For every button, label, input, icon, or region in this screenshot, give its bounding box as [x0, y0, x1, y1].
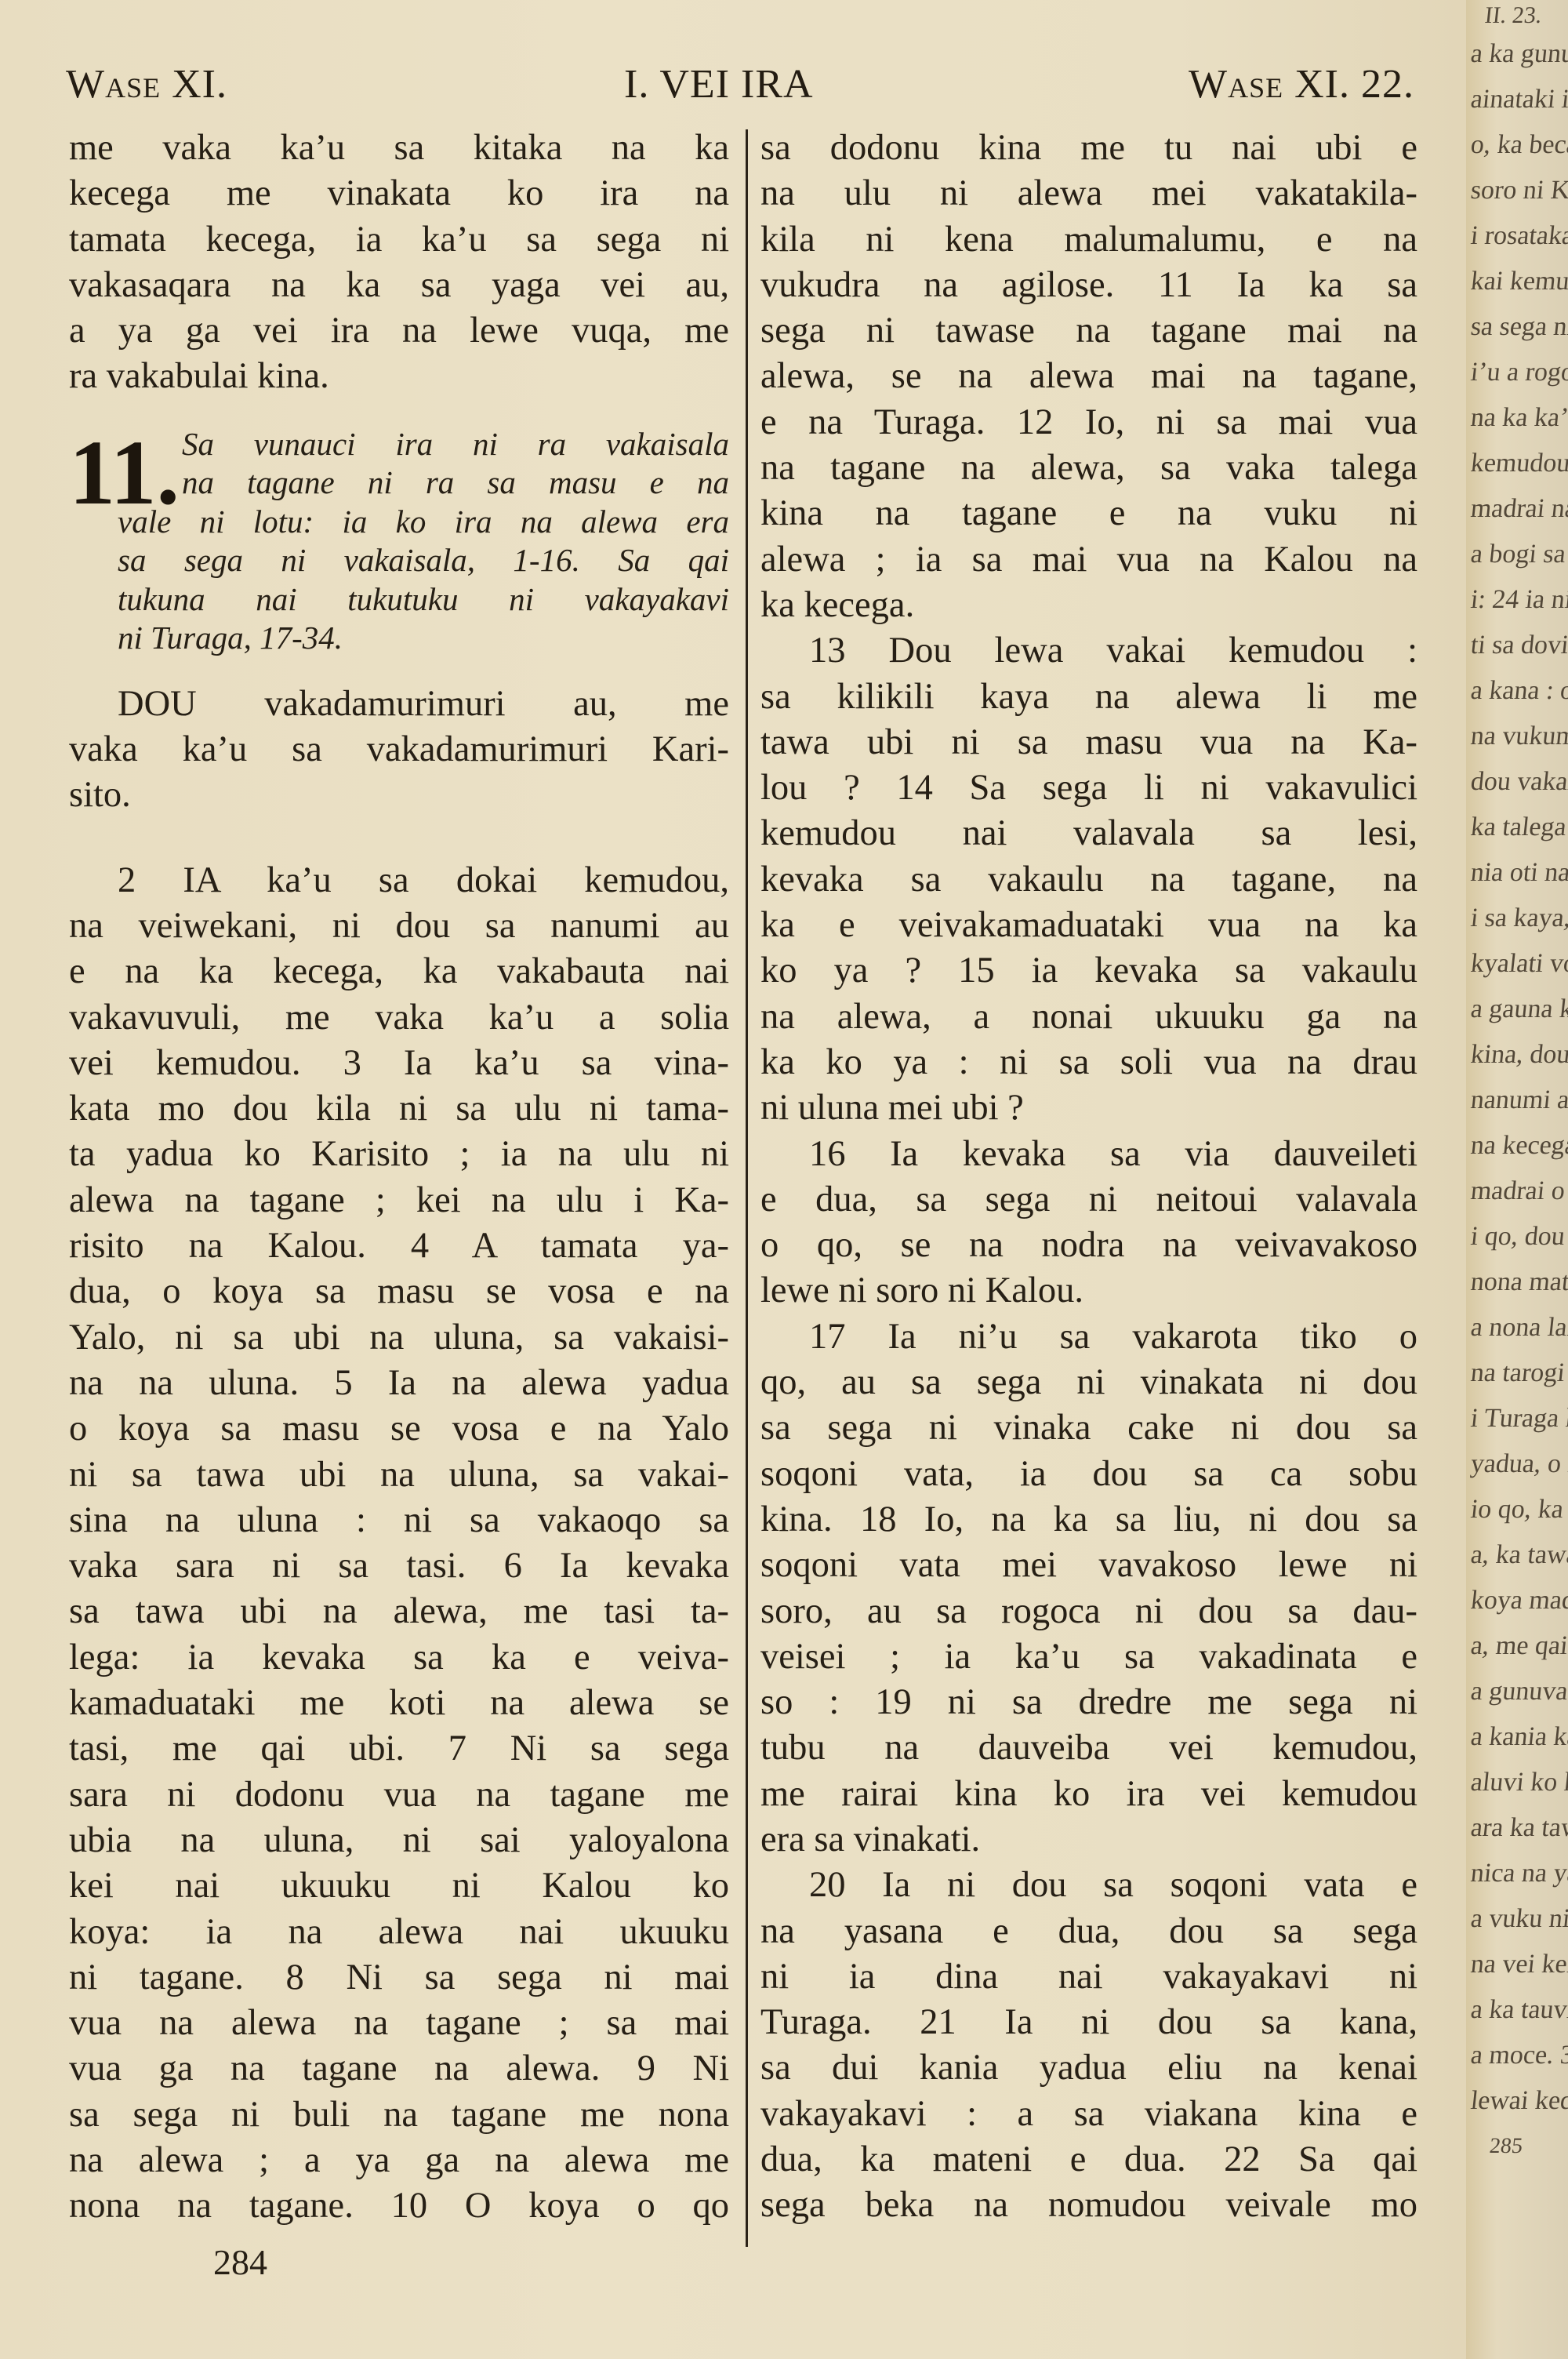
- facing-text-line: na vei kemu: [1466, 1942, 1568, 1987]
- text-line: sara ni dodonu vua na tagane me: [69, 1772, 729, 1818]
- header-right-chapter: XI. 22.: [1283, 62, 1414, 107]
- text-line: so : 19 ni sa dredre me sega ni: [760, 1680, 1417, 1725]
- facing-text-line: madrai na: [1466, 486, 1568, 532]
- facing-text-line: kemudou, N: [1466, 441, 1568, 486]
- facing-text-line: a, ka tawa: [1466, 1532, 1568, 1578]
- text-line: alewa ; ia sa mai vua na Kalou na: [760, 537, 1417, 583]
- facing-text-line: i qo, dou sa: [1466, 1214, 1568, 1259]
- text-line: DOU vakadamurimuri au, me: [69, 682, 729, 727]
- verses-13-15: 13 Dou lewa vakai kemudou : sa kilikili …: [760, 628, 1417, 1131]
- facing-text-line: madrai o qo: [1466, 1169, 1568, 1214]
- text-line: 17 Ia ni’u sa vakarota tiko o: [760, 1314, 1417, 1360]
- facing-page-edge: II. 23. a ka gunu kiainataki ira beo, ka…: [1466, 0, 1568, 2359]
- facing-text-line: na ka ka’u a: [1466, 395, 1568, 441]
- text-line: kila ni kena malumalumu, e na: [760, 217, 1417, 263]
- facing-page-lines: a ka gunu kiainataki ira beo, ka beca na…: [1466, 31, 1568, 2124]
- text-line: na ulu ni alewa mei vakatakila-: [760, 171, 1417, 216]
- facing-text-line: a, me qai kan: [1466, 1623, 1568, 1669]
- text-line: risito na Kalou. 4 A tamata ya-: [69, 1223, 729, 1269]
- running-header: Wase XI. I. VEI IRA Wase XI. 22.: [66, 61, 1414, 116]
- text-line: ubia na uluna, ni sai yaloyalona: [69, 1818, 729, 1863]
- text-line: era sa vinakati.: [760, 1817, 1417, 1863]
- facing-text-line: ka talega ki: [1466, 805, 1568, 850]
- text-line: vakasaqara na ka sa yaga vei au,: [69, 263, 729, 308]
- facing-text-line: nona mate na: [1466, 1259, 1568, 1305]
- text-line: na veiwekani, ni dou sa nanumi au: [69, 903, 729, 949]
- text-line: o qo, se na nodra na veivavakoso: [760, 1223, 1417, 1268]
- facing-text-line: o, ka beca na: [1466, 122, 1568, 168]
- text-line: na na uluna. 5 Ia na alewa yadua: [69, 1361, 729, 1406]
- text-line: sina na uluna : ni sa vakaoqo sa: [69, 1498, 729, 1543]
- facing-text-line: io qo, ka gu: [1466, 1487, 1568, 1532]
- text-line: 13 Dou lewa vakai kemudou :: [760, 628, 1417, 674]
- verses-10-12: sa dodonu kina me tu nai ubi e na ulu ni…: [760, 125, 1417, 628]
- text-line: lega: ia kevaka sa ka e veiva-: [69, 1635, 729, 1681]
- text-line: sa kilikili kaya na alewa li me: [760, 674, 1417, 720]
- text-line: vakavuvuli, me vaka ka’u a solia: [69, 995, 729, 1041]
- text-line: sa sega ni vinaka cake ni dou sa: [760, 1405, 1417, 1451]
- text-line: me vaka ka’u sa kitaka na ka: [69, 125, 729, 171]
- chapter-number: 11.: [69, 430, 180, 516]
- text-line: ta yadua ko Karisito ; ia na ulu ni: [69, 1132, 729, 1177]
- intro-paragraph: me vaka ka’u sa kitaka na ka kecega me v…: [69, 125, 729, 400]
- summary-line: ni Turaga, 17-34.: [69, 619, 729, 658]
- facing-text-line: a ka tauvi: [1466, 1987, 1568, 2033]
- summary-line: tukuna nai tukutuku ni vakayakavi: [69, 580, 729, 620]
- facing-page-number-fragment: 285: [1466, 2124, 1568, 2169]
- header-right-book: Wase: [1189, 62, 1283, 107]
- facing-text-line: i sa kaya, N: [1466, 896, 1568, 941]
- facing-text-line: lewai keda: [1466, 2078, 1568, 2124]
- text-line: kecega me vinakata ko ira na: [69, 171, 729, 216]
- text-line: o koya sa masu se vosa e na Yalo: [69, 1406, 729, 1452]
- summary-line: sa sega ni vakaisala, 1-16. Sa qai: [69, 541, 729, 580]
- text-line: 2 IA ka’u sa dokai kemudou,: [69, 858, 729, 903]
- facing-text-line: na kecega d: [1466, 1123, 1568, 1169]
- text-line: me rairai kina ko ira vei kemudou: [760, 1772, 1417, 1817]
- facing-text-line: ara ka tawa: [1466, 1805, 1568, 1851]
- text-line: 20 Ia ni dou sa soqoni vata e: [760, 1863, 1417, 1908]
- facing-text-line: sa sega ni dok: [1466, 304, 1568, 350]
- facing-text-line: yadua, o koy: [1466, 1441, 1568, 1487]
- facing-text-line: a ka gunu ki: [1466, 31, 1568, 77]
- right-column: sa dodonu kina me tu nai ubi e na ulu ni…: [760, 125, 1417, 2229]
- facing-text-line: soro ni Kal: [1466, 168, 1568, 213]
- text-line: dua, ka mateni e dua. 22 Sa qai: [760, 2137, 1417, 2183]
- facing-text-line: kai kemudou: [1466, 259, 1568, 304]
- text-line: ka ko ya : ni sa soli vua na drau: [760, 1040, 1417, 1085]
- text-line: vukudra na agilose. 11 Ia ka sa: [760, 263, 1417, 308]
- text-line: nona na tagane. 10 O koya o qo: [69, 2183, 729, 2229]
- text-line: qo, au sa sega ni vinakata ni dou: [760, 1360, 1417, 1405]
- header-title: I. VEI IRA: [624, 61, 814, 107]
- header-left-chapter: XI.: [161, 62, 227, 107]
- text-line: Yalo, ni sa ubi na uluna, sa vakaisi-: [69, 1315, 729, 1361]
- text-line: na yasana e dua, dou sa sega: [760, 1909, 1417, 1954]
- text-line: a ya ga vei ira na lewe vuqa, me: [69, 308, 729, 354]
- text-line: alewa na tagane ; kei na ulu i Ka-: [69, 1178, 729, 1223]
- text-line: sega beka na nomudou veivale mo: [760, 2183, 1417, 2228]
- facing-text-line: a vuku ni ka: [1466, 1896, 1568, 1942]
- text-line: ni ia dina nai vakayakavi ni: [760, 1954, 1417, 2000]
- left-column: me vaka ka’u sa kitaka na ka kecega me v…: [69, 125, 729, 2230]
- book-page-284: Wase XI. I. VEI IRA Wase XI. 22. me vaka…: [0, 0, 1466, 2359]
- facing-text-line: nia oti nai: [1466, 850, 1568, 896]
- verses-20-22: 20 Ia ni dou sa soqoni vata e na yasana …: [760, 1863, 1417, 2228]
- text-line: sa dodonu kina me tu nai ubi e: [760, 125, 1417, 171]
- facing-text-line: dou vakan: [1466, 759, 1568, 805]
- text-line: soqoni vata, ia dou sa ca sobu: [760, 1452, 1417, 1497]
- facing-text-line: i’u a rogoca: [1466, 350, 1568, 395]
- facing-text-line: a bogi sa soli: [1466, 532, 1568, 577]
- text-line: kamaduataki me koti na alewa se: [69, 1681, 729, 1726]
- text-line: kina na tagane e na vuku ni: [760, 491, 1417, 536]
- chapter-summary: 11. Sa vunauci ira ni ra vakaisala na ta…: [69, 425, 729, 658]
- facing-text-line: kina, dou kita: [1466, 1032, 1568, 1078]
- text-line: tawa ubi ni sa masu vua na Ka-: [760, 720, 1417, 765]
- text-line: soro, au sa rogoca ni dou sa dau-: [760, 1589, 1417, 1634]
- header-left-ref: Wase XI.: [66, 61, 227, 107]
- facing-text-line: aluvi ko k: [1466, 1760, 1568, 1805]
- text-line: tubu na dauveiba vei kemudou,: [760, 1725, 1417, 1771]
- facing-text-line: kyalati vou: [1466, 941, 1568, 987]
- text-line: veisei ; ia ka’u sa vakadinata e: [760, 1634, 1417, 1680]
- text-line: sa dui kania yadua eliu na kenai: [760, 2045, 1417, 2091]
- text-line: vei kemudou. 3 Ia ka’u sa vina-: [69, 1041, 729, 1086]
- text-line: sito.: [69, 772, 729, 818]
- text-line: tasi, me qai ubi. 7 Ni sa sega: [69, 1726, 729, 1772]
- text-line: kemudou nai valavala sa lesi,: [760, 811, 1417, 856]
- facing-header-fragment: II. 23.: [1466, 0, 1568, 31]
- text-line: dua, o koya sa masu se vosa e na: [69, 1269, 729, 1314]
- text-line: lou ? 14 Sa sega li ni vakavulici: [760, 765, 1417, 811]
- text-line: vaka ka’u sa vakadamurimuri Kari-: [69, 727, 729, 772]
- text-line: na tagane na alewa, sa vaka talega: [760, 445, 1417, 491]
- facing-text-line: na tarogi ki: [1466, 1350, 1568, 1396]
- text-line: kei nai ukuuku ni Kalou ko: [69, 1863, 729, 1909]
- facing-text-line: koya mada: [1466, 1578, 1568, 1623]
- text-line: vua na alewa na tagane ; sa mai: [69, 2001, 729, 2046]
- text-line: e dua, sa sega ni neitoui valavala: [760, 1177, 1417, 1223]
- text-line: ko ya ? 15 ia kevaka sa vakaulu: [760, 948, 1417, 994]
- text-line: ni tagane. 8 Ni sa sega ni mai: [69, 1955, 729, 2001]
- verse-1: DOU vakadamurimuri au, me vaka ka’u sa v…: [69, 682, 729, 819]
- header-right-ref: Wase XI. 22.: [1189, 61, 1414, 107]
- text-line: na alewa, a nonai ukuuku ga na: [760, 994, 1417, 1040]
- text-line: kevaka sa vakaulu na tagane, na: [760, 857, 1417, 903]
- column-divider-rule: [746, 129, 748, 2247]
- text-line: ra vakabulai kina.: [69, 354, 729, 399]
- text-line: e na Turaga. 12 Io, ni sa mai vua: [760, 400, 1417, 445]
- facing-text-line: i: 24 ia ni sa: [1466, 577, 1568, 623]
- verses-17-19: 17 Ia ni’u sa vakarota tiko o qo, au sa …: [760, 1314, 1417, 1863]
- facing-text-line: a gauna kec: [1466, 987, 1568, 1032]
- text-line: soqoni vata mei vavakoso lewe ni: [760, 1543, 1417, 1588]
- facing-text-line: a gunuva na: [1466, 1669, 1568, 1714]
- text-line: na alewa ; a ya ga na alewa me: [69, 2138, 729, 2183]
- facing-text-line: a kania ka: [1466, 1714, 1568, 1760]
- text-line: sa sega ni buli na tagane me nona: [69, 2092, 729, 2138]
- facing-text-line: a nona lako: [1466, 1305, 1568, 1350]
- verses-2-10: 2 IA ka’u sa dokai kemudou, na veiwekani…: [69, 858, 729, 2230]
- facing-text-line: na vukumud: [1466, 714, 1568, 759]
- facing-text-line: a kana : o qo: [1466, 668, 1568, 714]
- page-number: 284: [213, 2241, 267, 2283]
- facing-text-line: ainataki ira be: [1466, 77, 1568, 122]
- facing-text-line: ti sa dovia,: [1466, 623, 1568, 668]
- text-line: ni uluna mei ubi ?: [760, 1085, 1417, 1131]
- text-line: ni sa tawa ubi na uluna, sa vakai-: [69, 1452, 729, 1498]
- text-line: e na ka kecega, ka vakabauta nai: [69, 949, 729, 994]
- header-left-book: Wase: [66, 62, 161, 107]
- text-line: ka kecega.: [760, 583, 1417, 628]
- facing-text-line: i Turaga ke: [1466, 1396, 1568, 1441]
- text-line: alewa, se na alewa mai na tagane,: [760, 354, 1417, 399]
- text-line: tamata kecega, ia ka’u sa sega ni: [69, 217, 729, 263]
- text-line: kina. 18 Io, na ka sa liu, ni dou sa: [760, 1497, 1417, 1543]
- facing-text-line: nanumi au k: [1466, 1078, 1568, 1123]
- verse-16: 16 Ia kevaka sa via dauveileti e dua, sa…: [760, 1132, 1417, 1314]
- facing-text-line: a moce. 3: [1466, 2033, 1568, 2078]
- text-line: koya: ia na alewa nai ukuuku: [69, 1910, 729, 1955]
- text-line: sa tawa ubi na alewa, me tasi ta-: [69, 1589, 729, 1634]
- text-line: Turaga. 21 Ia ni dou sa kana,: [760, 2000, 1417, 2045]
- facing-text-line: i rosataka vei: [1466, 213, 1568, 259]
- text-line: vakayakavi : a sa viakana kina e: [760, 2092, 1417, 2137]
- text-line: ka e veivakamaduataki vua na ka: [760, 903, 1417, 948]
- text-line: vua ga na tagane na alewa. 9 Ni: [69, 2046, 729, 2092]
- text-line: kata mo dou kila ni sa ulu ni tama-: [69, 1086, 729, 1132]
- text-line: 16 Ia kevaka sa via dauveileti: [760, 1132, 1417, 1177]
- text-line: sega ni tawase na tagane mai na: [760, 308, 1417, 354]
- text-line: vaka sara ni sa tasi. 6 Ia kevaka: [69, 1543, 729, 1589]
- facing-text-line: nica na yag: [1466, 1851, 1568, 1896]
- text-line: lewe ni soro ni Kalou.: [760, 1268, 1417, 1314]
